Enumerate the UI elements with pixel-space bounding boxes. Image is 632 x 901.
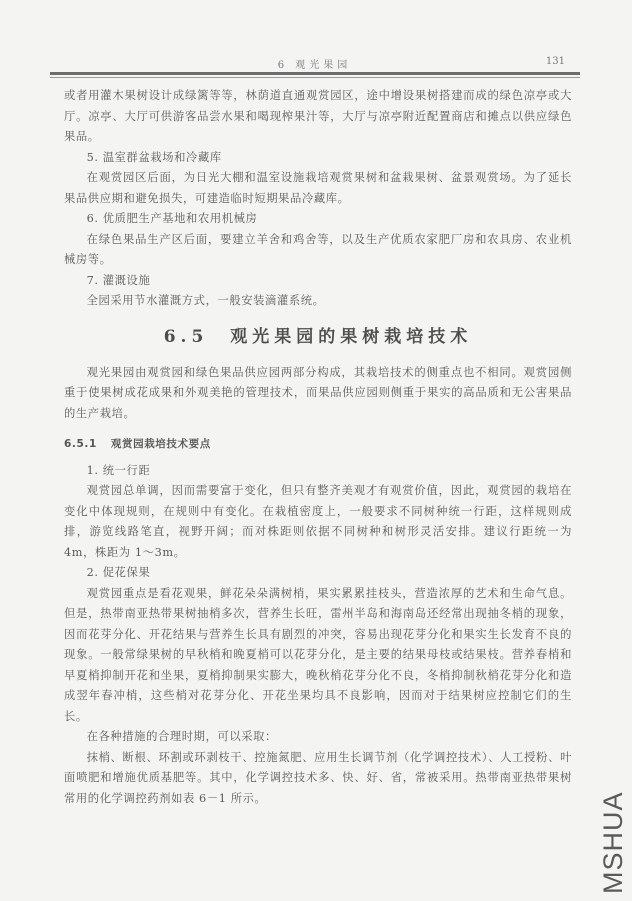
s1-text: 观赏园总单调，因而需要富于变化，但只有整齐美观才有观赏价值，因此，观赏园的栽培在…	[64, 481, 572, 563]
header-rule-thick	[50, 72, 580, 75]
s2-text-1: 观赏园重点是看花观果，鲜花朵朵满树梢，果实累累挂枝头，营造浓厚的艺术和生命气息。…	[64, 584, 572, 728]
watermark: MSHUA	[598, 794, 628, 894]
page-number: 131	[546, 56, 565, 67]
item-7-text: 全园采用节水灌溉方式，一般安装滴灌系统。	[64, 291, 572, 312]
s2-text-3: 抹梢、断根、环割或环剥枝干、控施氮肥、应用生长调节剂（化学调控技术）、人工授粉、…	[64, 748, 572, 810]
item-7-title: 7. 灌溉设施	[64, 271, 572, 292]
s1-title: 1. 统一行距	[64, 461, 572, 482]
chapter-title: 6 观光果园	[58, 56, 571, 71]
document-page: 6 观光果园 131 或者用灌木果树设计成绿篱等等，林荫道直通观赏园区，途中增设…	[0, 0, 632, 901]
running-header: 6 观光果园 131	[58, 56, 571, 70]
subsection-title: 观赏园栽培技术要点	[111, 438, 211, 450]
item-5-text: 在观赏园区后面，为日光大棚和温室设施栽培观赏果树和盆栽果树、盆景观赏场。为了延长…	[64, 168, 572, 209]
s2-title: 2. 促花保果	[64, 563, 572, 584]
header-rule-thin	[50, 77, 580, 78]
item-6-text: 在绿色果品生产区后面，要建立羊舍和鸡舍等，以及生产优质农家肥厂房和农具房、农业机…	[64, 230, 572, 271]
section-title: 6.5 观光果园的果树栽培技术	[64, 325, 572, 349]
paragraph-continued: 或者用灌木果树设计成绿篱等等，林荫道直通观赏园区，途中增设果树搭建而成的绿色凉亭…	[64, 86, 572, 148]
item-6-title: 6. 优质肥生产基地和农用机械房	[64, 209, 572, 230]
subsection-heading: 6.5.1观赏园栽培技术要点	[64, 434, 572, 455]
s2-text-2: 在各种措施的合理时期，可以采取：	[64, 727, 572, 748]
subsection-number: 6.5.1	[64, 438, 97, 450]
item-5-title: 5. 温室群盆栽场和冷藏库	[64, 148, 572, 169]
page-body: 或者用灌木果树设计成绿篱等等，林荫道直通观赏园区，途中增设果树搭建而成的绿色凉亭…	[64, 86, 572, 809]
section-intro: 观光果园由观赏园和绿色果品供应园两部分构成，其栽培技术的侧重点也不相同。观赏园侧…	[64, 363, 572, 425]
